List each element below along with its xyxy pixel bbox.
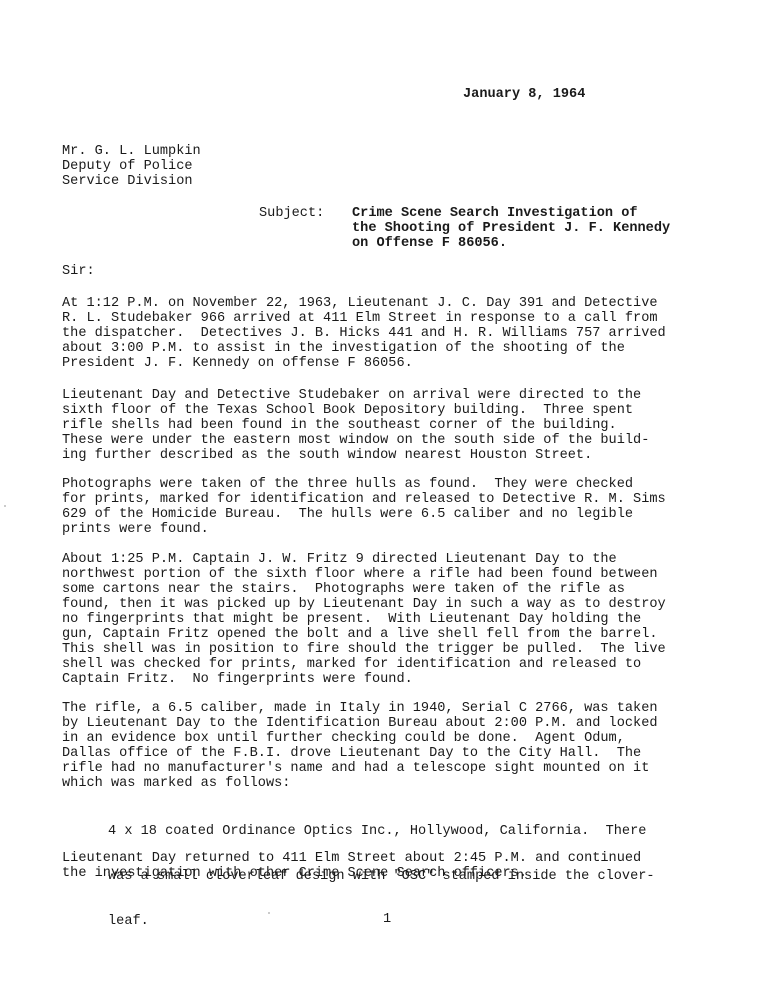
paragraph-line: prints were found.	[62, 522, 762, 537]
paragraph-line: Lieutenant Day returned to 411 Elm Stree…	[62, 851, 762, 866]
paragraph-line: no fingerprints that might be present. W…	[62, 612, 762, 627]
paragraph-arrival: At 1:12 P.M. on November 22, 1963, Lieut…	[62, 296, 762, 371]
page-number: 1	[383, 912, 391, 927]
subject-line: on Offense F 86056.	[352, 236, 670, 251]
subject-line: the Shooting of President J. F. Kennedy	[352, 221, 670, 236]
paragraph-line: The rifle, a 6.5 caliber, made in Italy …	[62, 701, 762, 716]
subject-text: Crime Scene Search Investigation of the …	[352, 206, 670, 251]
letter-page: January 8, 1964 Mr. G. L. Lumpkin Deputy…	[0, 0, 768, 997]
paragraph-line: the investigation with other Crime Scene…	[62, 866, 762, 881]
paragraph-line: R. L. Studebaker 966 arrived at 411 Elm …	[62, 311, 762, 326]
paragraph-line: Dallas office of the F.B.I. drove Lieute…	[62, 746, 762, 761]
paragraph-line: ing further described as the south windo…	[62, 448, 762, 463]
paragraph-line: Photographs were taken of the three hull…	[62, 477, 762, 492]
paragraph-line: sixth floor of the Texas School Book Dep…	[62, 403, 762, 418]
paragraph-line: the dispatcher. Detectives J. B. Hicks 4…	[62, 326, 762, 341]
addressee-name: Mr. G. L. Lumpkin	[62, 144, 201, 159]
paragraph-line: Lieutenant Day and Detective Studebaker …	[62, 388, 762, 403]
salutation: Sir:	[62, 264, 95, 279]
paragraph-line: about 3:00 P.M. to assist in the investi…	[62, 341, 762, 356]
paragraph-line: About 1:25 P.M. Captain J. W. Fritz 9 di…	[62, 552, 762, 567]
paragraph-hulls: Photographs were taken of the three hull…	[62, 477, 762, 537]
paragraph-line: 629 of the Homicide Bureau. The hulls we…	[62, 507, 762, 522]
letter-date: January 8, 1964	[463, 87, 585, 102]
paragraph-return: Lieutenant Day returned to 411 Elm Stree…	[62, 851, 762, 881]
paragraph-line: rifle had no manufacturer's name and had…	[62, 761, 762, 776]
paragraph-line: This shell was in position to fire shoul…	[62, 642, 762, 657]
subject-line: Crime Scene Search Investigation of	[352, 206, 670, 221]
subject-label: Subject:	[259, 206, 352, 251]
addressee-title: Deputy of Police	[62, 159, 201, 174]
quote-line: 4 x 18 coated Ordinance Optics Inc., Hol…	[108, 824, 655, 839]
paragraph-line: which was marked as follows:	[62, 776, 762, 791]
paragraph-line: At 1:12 P.M. on November 22, 1963, Lieut…	[62, 296, 762, 311]
paragraph-line: gun, Captain Fritz opened the bolt and a…	[62, 627, 762, 642]
paragraph-line: by Lieutenant Day to the Identification …	[62, 716, 762, 731]
paragraph-line: Captain Fritz. No fingerprints were foun…	[62, 672, 762, 687]
paragraph-rifle-found: About 1:25 P.M. Captain J. W. Fritz 9 di…	[62, 552, 762, 687]
paragraph-line: for prints, marked for identification an…	[62, 492, 762, 507]
addressee-division: Service Division	[62, 174, 201, 189]
paragraph-line: in an evidence box until further checkin…	[62, 731, 762, 746]
paragraph-line: northwest portion of the sixth floor whe…	[62, 567, 762, 582]
addressee-block: Mr. G. L. Lumpkin Deputy of Police Servi…	[62, 144, 201, 189]
paragraph-line: some cartons near the stairs. Photograph…	[62, 582, 762, 597]
paragraph-line: President J. F. Kennedy on offense F 860…	[62, 356, 762, 371]
scan-speck	[4, 505, 6, 507]
subject-block: Subject: Crime Scene Search Investigatio…	[259, 206, 670, 251]
paragraph-sixth-floor: Lieutenant Day and Detective Studebaker …	[62, 388, 762, 463]
scan-speck	[268, 912, 270, 914]
paragraph-line: shell was checked for prints, marked for…	[62, 657, 762, 672]
paragraph-line: These were under the eastern most window…	[62, 433, 762, 448]
paragraph-line: rifle shells had been found in the south…	[62, 418, 762, 433]
quote-line: leaf.	[108, 914, 655, 929]
paragraph-rifle-details: The rifle, a 6.5 caliber, made in Italy …	[62, 701, 762, 791]
paragraph-line: found, then it was picked up by Lieutena…	[62, 597, 762, 612]
